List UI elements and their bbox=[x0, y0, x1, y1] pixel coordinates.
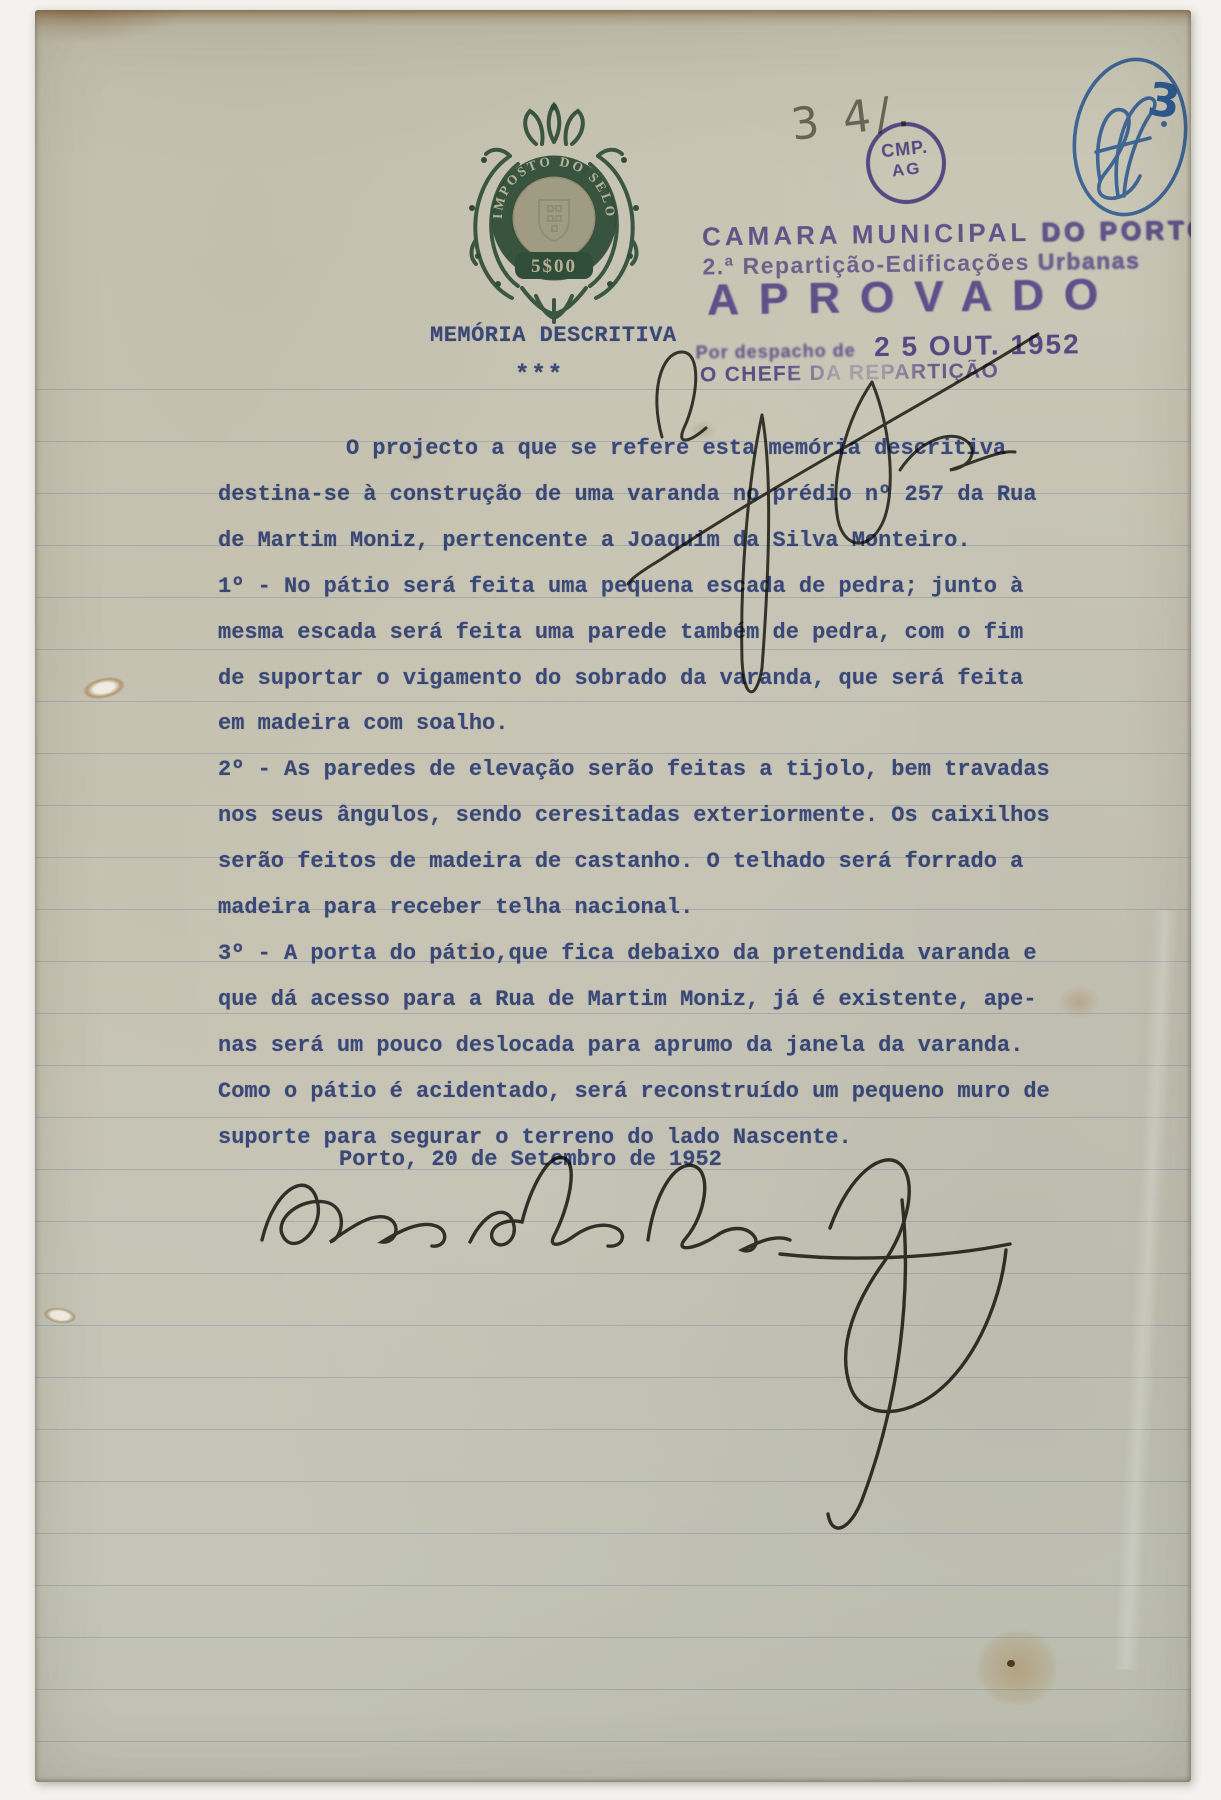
author-signature bbox=[262, 1157, 1010, 1528]
rubric-signature bbox=[628, 334, 1038, 692]
scanned-document: IMPOSTO DO SELO 5$00 CMP. AG CAMARA MUNI… bbox=[0, 0, 1221, 1800]
handwriting-layer: 3 4/. 3 bbox=[35, 10, 1191, 1782]
pencil-folio-number: 3 4/. bbox=[788, 85, 917, 151]
blue-pen-number: 3 bbox=[1144, 71, 1183, 129]
document-page: IMPOSTO DO SELO 5$00 CMP. AG CAMARA MUNI… bbox=[35, 10, 1191, 1782]
